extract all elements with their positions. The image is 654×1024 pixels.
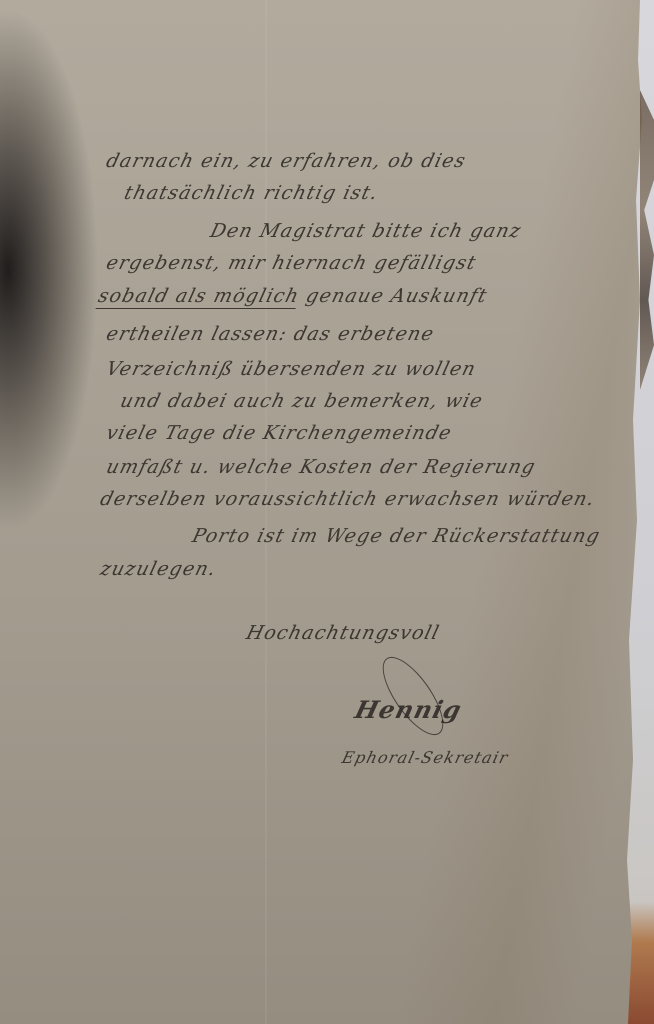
letter-line-12: Porto ist im Wege der Rückerstattung xyxy=(190,525,603,547)
signer-title: Ephoral-Sekretair xyxy=(340,748,511,767)
letter-line-10: umfaßt u. welche Kosten der Regierung xyxy=(104,456,538,478)
line-5-rest: genaue Auskunft xyxy=(296,285,490,307)
letter-line-7: Verzeichniß übersenden zu wollen xyxy=(104,358,479,380)
letter-line-3: Den Magistrat bitte ich ganz xyxy=(208,220,524,242)
letter-line-5: sobald als möglich genaue Auskunft xyxy=(96,285,490,307)
letter-line-8: und dabei auch zu bemerken, wie xyxy=(118,390,486,412)
underlined-phrase: sobald als möglich xyxy=(96,285,302,309)
letter-line-2: thatsächlich richtig ist. xyxy=(122,182,381,204)
letter-line-11: derselben voraussichtlich erwachsen würd… xyxy=(98,488,598,510)
letter-line-13: zuzulegen. xyxy=(98,558,219,580)
letter-line-9: viele Tage die Kirchengemeinde xyxy=(104,422,455,444)
letter-line-1: darnach ein, zu erfahren, ob dies xyxy=(104,150,469,172)
letter-line-4: ergebenst, mir hiernach gefälligst xyxy=(104,252,479,274)
closing-phrase: Hochachtungsvoll xyxy=(244,622,442,644)
letter-line-6: ertheilen lassen: das erbetene xyxy=(104,323,437,345)
signature: Hennig xyxy=(352,695,465,724)
